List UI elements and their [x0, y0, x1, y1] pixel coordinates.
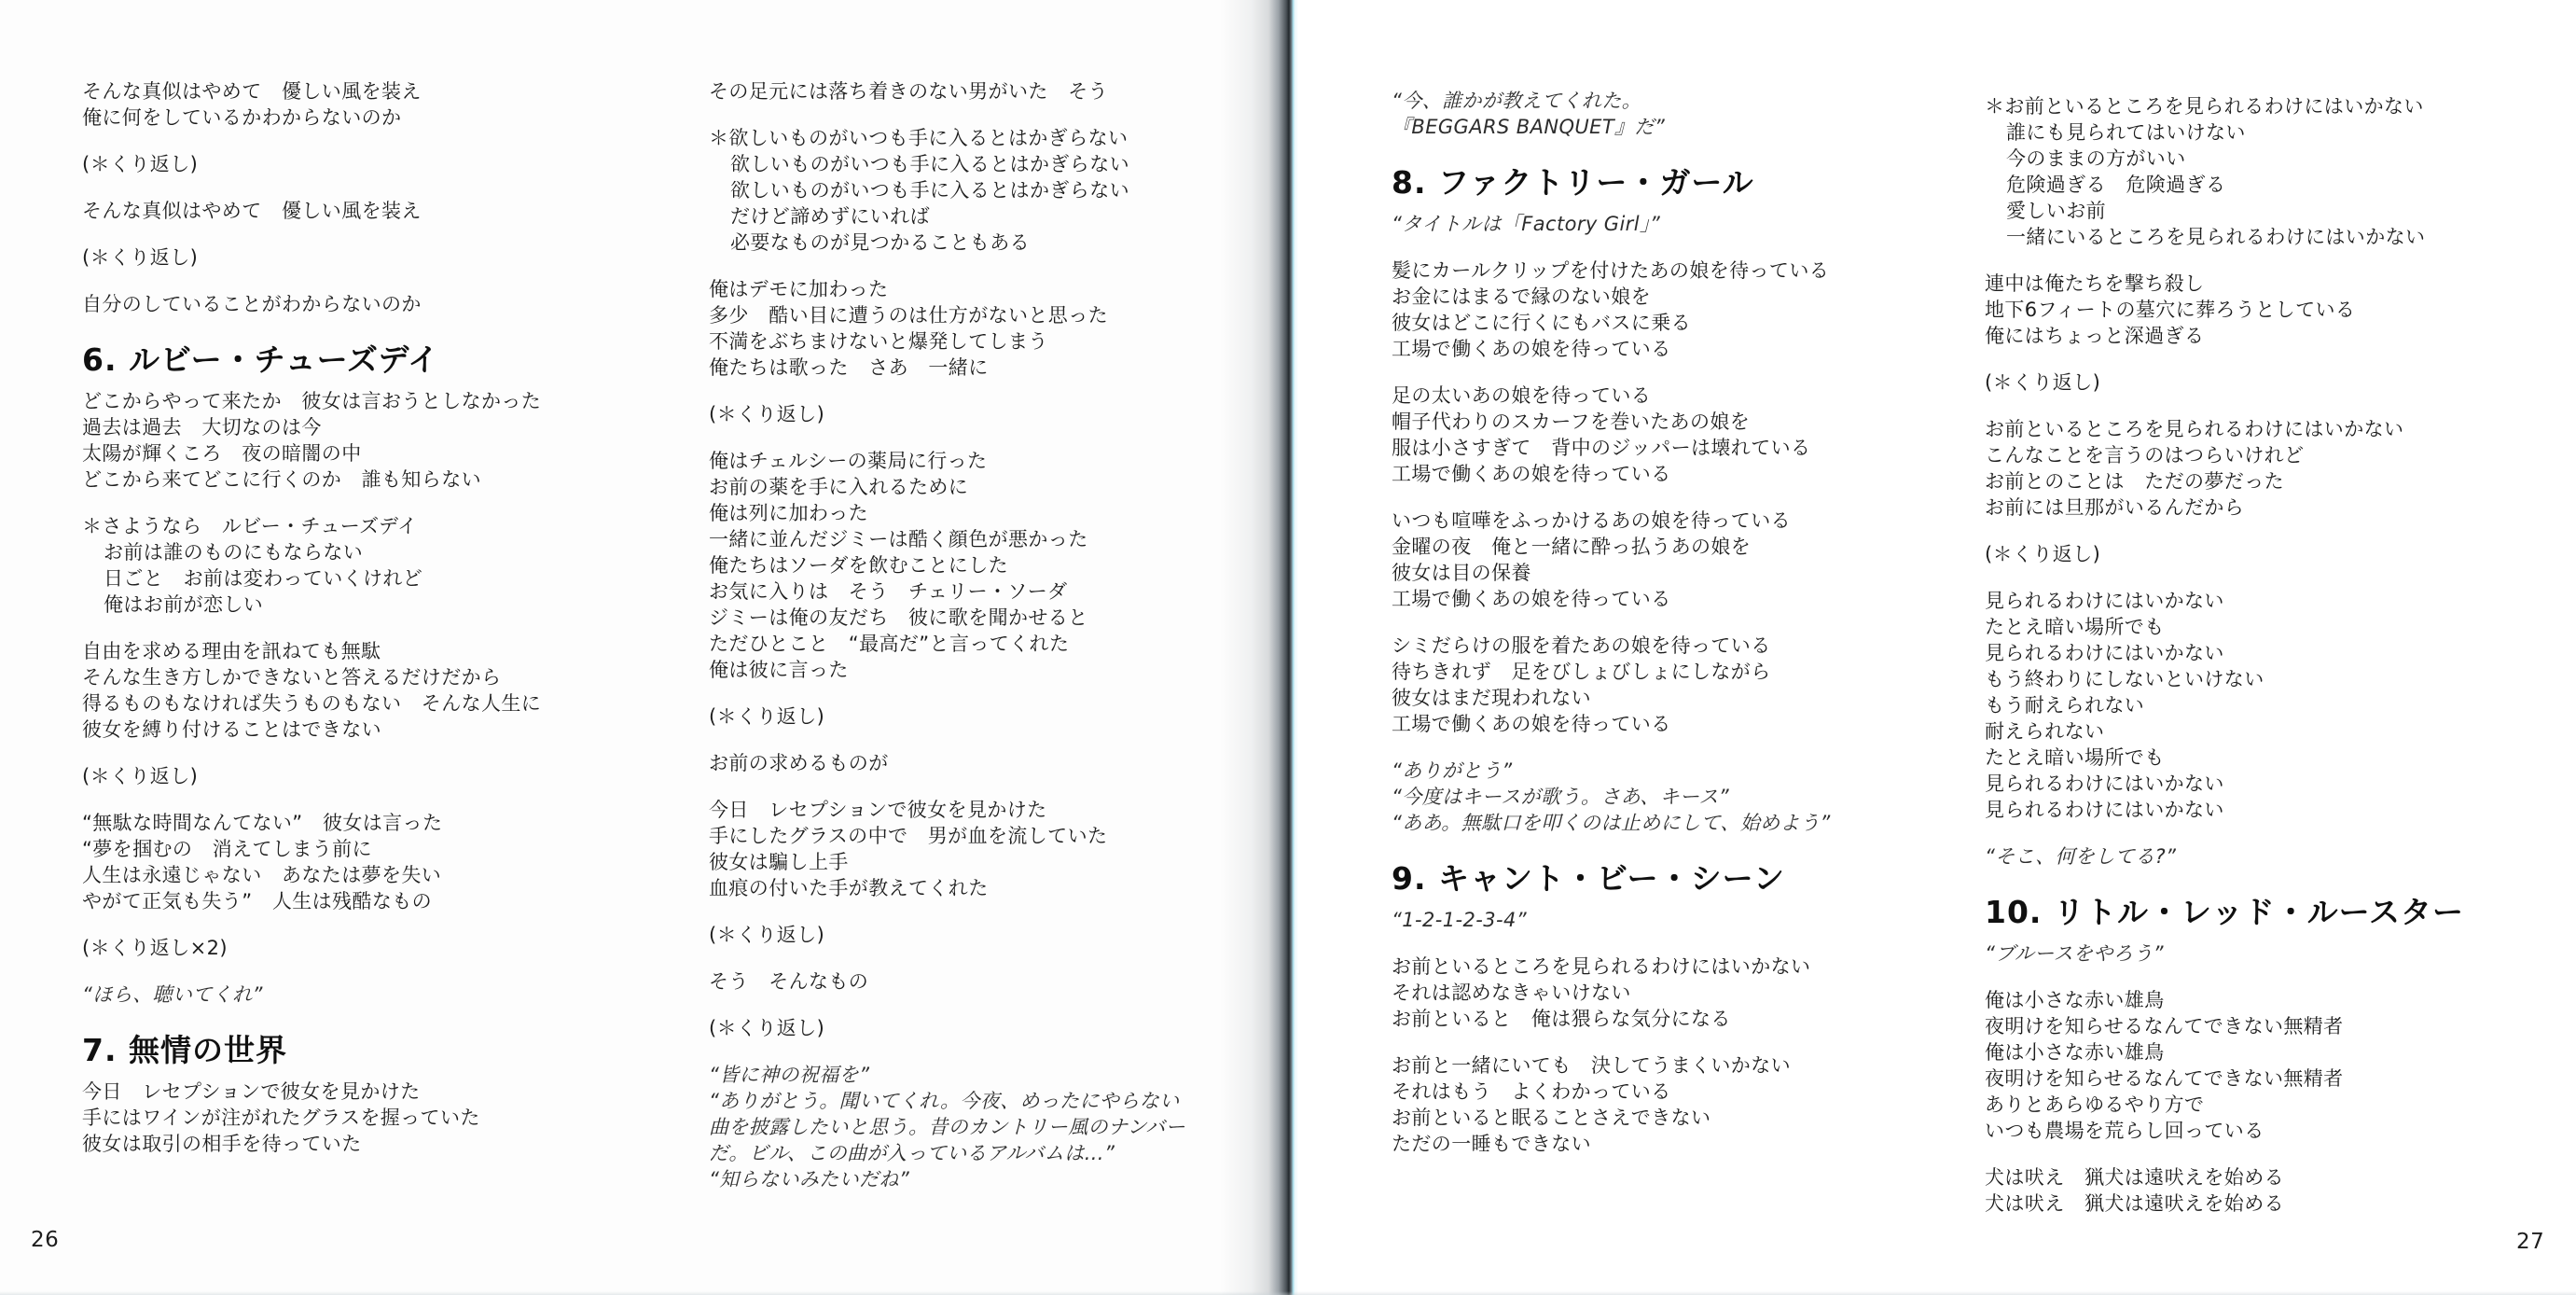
spoken-quote: “1-2-1-2-3-4”: [1392, 907, 1988, 933]
lyric-line: ＊さようなら ルビー・チューズデイ: [104, 513, 688, 539]
lyric-line: お前は誰のものにもならない: [104, 539, 688, 565]
lyric-line: 太陽が輝くころ 夜の暗闇の中: [82, 440, 688, 466]
lyric-line: (＊くり返し): [82, 151, 688, 177]
lyric-line: たとえ暗い場所でも: [1985, 745, 2563, 771]
lyric-line: 見られるわけにはいかない: [1985, 588, 2563, 614]
lyric-stanza: “無駄な時間なんてない” 彼女は言った“夢を掴むの 消えてしまう前に人生は永遠じ…: [82, 810, 688, 914]
song-heading: 9. キャント・ビー・シーン: [1392, 860, 1988, 898]
lyric-line: 犬は吠え 猟犬は遠吠えを始める: [1985, 1164, 2563, 1191]
lyric-line: “ブルースをやろう”: [1985, 940, 2563, 967]
lyric-stanza: どこからやって来たか 彼女は言おうとしなかった過去は過去 大切なのは今太陽が輝く…: [82, 388, 688, 493]
lyric-line: お金にはまるで縁のない娘を: [1392, 284, 1988, 310]
lyric-line: 見られるわけにはいかない: [1985, 797, 2563, 823]
lyric-line: 自分のしていることがわからないのか: [82, 291, 688, 317]
lyric-line: もう耐えられない: [1985, 692, 2563, 718]
lyric-stanza: 見られるわけにはいかないたとえ暗い場所でも見られるわけにはいかないもう終わりにし…: [1985, 588, 2563, 823]
lyric-line: お前といるところを見られるわけにはいかない: [1985, 416, 2563, 442]
lyric-line: (＊くり返し): [1985, 541, 2563, 567]
lyric-line: “夢を掴むの 消えてしまう前に: [82, 836, 688, 862]
booklet-spread: そんな真似はやめて 優しい風を装え俺に何をしているかわからないのか(＊くり返し)…: [0, 0, 2576, 1295]
lyric-line: 工場で働くあの娘を待っている: [1392, 461, 1988, 487]
lyric-stanza: お前といるところを見られるわけにはいかないそれは認めなきゃいけないお前といると …: [1392, 954, 1988, 1032]
lyric-line: (＊くり返し): [1985, 369, 2563, 396]
lyric-line: 俺はお前が恋しい: [104, 592, 688, 618]
lyric-line: こんなことを言うのはつらいけれど: [1985, 442, 2563, 468]
lyric-line: 俺は小さな赤い雄鳥: [1985, 1039, 2563, 1065]
lyric-line: 彼女は取引の相手を待っていた: [82, 1131, 688, 1157]
lyric-line: 彼女はどこに行くにもバスに乗る: [1392, 310, 1988, 336]
lyric-line: “1-2-1-2-3-4”: [1392, 907, 1988, 933]
lyric-line: 夜明けを知らせるなんてできない無精者: [1985, 1013, 2563, 1039]
lyric-line: 危険過ぎる 危険過ぎる: [2006, 172, 2563, 198]
lyric-stanza: 今日 レセプションで彼女を見かけた手にはワインが注がれたグラスを握っていた彼女は…: [82, 1079, 688, 1157]
lyric-line: 待ちきれず 足をびしょびしょにしながら: [1392, 659, 1988, 685]
lyric-line: 今日 レセプションで彼女を見かけた: [82, 1079, 688, 1105]
lyric-stanza: ＊さようなら ルビー・チューズデイお前は誰のものにもならない日ごと お前は変わっ…: [82, 513, 688, 618]
lyric-line: “タイトルは「Factory Girl」”: [1392, 211, 1988, 237]
lyric-line: (＊くり返し): [82, 763, 688, 789]
lyric-line: それは認めなきゃいけない: [1392, 980, 1988, 1006]
lyric-line: お前といると 俺は猥らな気分になる: [1392, 1006, 1988, 1032]
lyric-line: そんな真似はやめて 優しい風を装え: [82, 198, 688, 224]
lyric-stanza: 髪にカールクリップを付けたあの娘を待っているお金にはまるで縁のない娘を彼女はどこ…: [1392, 258, 1988, 362]
lyric-line: 見られるわけにはいかない: [1985, 640, 2563, 666]
lyric-line: それはもう よくわかっている: [1392, 1079, 1988, 1105]
lyric-stanza: 足の太いあの娘を待っている帽子代わりのスカーフを巻いたあの娘を服は小さすぎて 背…: [1392, 383, 1988, 487]
lyric-line: もう終わりにしないといけない: [1985, 666, 2563, 692]
lyrics-column-4: ＊お前といるところを見られるわけにはいかない誰にも見られてはいけない今のままの方…: [1985, 93, 2563, 1237]
lyrics-column-3: “今、誰かが教えてくれた。『BEGGARS BANQUET』だ”8. ファクトリ…: [1392, 88, 1988, 1177]
lyric-line: 工場で働くあの娘を待っている: [1392, 586, 1988, 612]
lyric-line: お前には旦那がいるんだから: [1985, 494, 2563, 521]
lyric-line: ただの一睡もできない: [1392, 1131, 1988, 1157]
lyric-line: シミだらけの服を着たあの娘を待っている: [1392, 633, 1988, 659]
page-number-right: 27: [2516, 1230, 2544, 1254]
spoken-quote: “タイトルは「Factory Girl」”: [1392, 211, 1988, 237]
lyric-line: 連中は俺たちを撃ち殺し: [1985, 271, 2563, 297]
lyric-line: 彼女は目の保養: [1392, 560, 1988, 586]
page-26: そんな真似はやめて 優しい風を装え俺に何をしているかわからないのか(＊くり返し)…: [0, 0, 1261, 1295]
lyric-line: 犬は吠え 猟犬は遠吠えを始める: [1985, 1191, 2563, 1217]
lyric-stanza: (＊くり返し×2): [82, 935, 688, 961]
song-heading: 10. リトル・レッド・ルースター: [1985, 894, 2563, 931]
lyric-stanza: 自由を求める理由を訊ねても無駄そんな生き方しかできないと答えるだけだから得るもの…: [82, 638, 688, 743]
lyric-line: 一緒にいるところを見られるわけにはいかない: [2006, 224, 2563, 250]
lyric-line: “ほら、聴いてくれ”: [82, 982, 688, 1008]
lyric-stanza: (＊くり返し): [82, 151, 688, 177]
lyric-line: 金曜の夜 俺と一緒に酔っ払うあの娘を: [1392, 534, 1988, 560]
lyrics-column-1: そんな真似はやめて 優しい風を装え俺に何をしているかわからないのか(＊くり返し)…: [82, 78, 688, 1177]
lyric-stanza: シミだらけの服を着たあの娘を待っている待ちきれず 足をびしょびしょにしながら彼女…: [1392, 633, 1988, 737]
lyric-line: いつも農場を荒らし回っている: [1985, 1118, 2563, 1144]
lyric-line: (＊くり返し): [82, 244, 688, 271]
spoken-quote: “ありがとう”“今度はキースが歌う。さあ、キース”“ああ。無駄口を叩くのは止めに…: [1392, 758, 1988, 836]
lyric-line: “今度はキースが歌う。さあ、キース”: [1392, 784, 1988, 810]
lyric-line: お前といると眠ることさえできない: [1392, 1105, 1988, 1131]
lyric-line: 得るものもなければ失うものもない そんな人生に: [82, 690, 688, 717]
spoken-quote: “今、誰かが教えてくれた。『BEGGARS BANQUET』だ”: [1392, 88, 1988, 140]
lyric-line: 工場で働くあの娘を待っている: [1392, 336, 1988, 362]
scan-bottom-edge: [0, 1291, 2576, 1295]
lyric-stanza: お前といるところを見られるわけにはいかないこんなことを言うのはつらいけれどお前と…: [1985, 416, 2563, 521]
lyric-stanza: (＊くり返し): [82, 244, 688, 271]
lyric-stanza: お前と一緒にいても 決してうまくいかないそれはもう よくわかっているお前といると…: [1392, 1052, 1988, 1157]
lyric-line: 髪にカールクリップを付けたあの娘を待っている: [1392, 258, 1988, 284]
song-heading-text: 7. 無情の世界: [82, 1032, 688, 1069]
lyric-line: そんな生き方しかできないと答えるだけだから: [82, 664, 688, 690]
lyric-stanza: そんな真似はやめて 優しい風を装え俺に何をしているかわからないのか: [82, 78, 688, 131]
lyric-line: 足の太いあの娘を待っている: [1392, 383, 1988, 409]
lyric-stanza: いつも喧嘩をふっかけるあの娘を待っている金曜の夜 俺と一緒に酔っ払うあの娘を彼女…: [1392, 508, 1988, 612]
song-heading: 7. 無情の世界: [82, 1032, 688, 1069]
lyric-line: お前とのことは ただの夢だった: [1985, 468, 2563, 494]
page-number-left: 26: [31, 1228, 59, 1252]
spoken-quote: “そこ、何をしてる?”: [1985, 843, 2563, 870]
lyric-line: 日ごと お前は変わっていくけれど: [104, 565, 688, 592]
lyric-stanza: 犬は吠え 猟犬は遠吠えを始める犬は吠え 猟犬は遠吠えを始める: [1985, 1164, 2563, 1217]
lyric-line: どこからやって来たか 彼女は言おうとしなかった: [82, 388, 688, 414]
lyric-line: たとえ暗い場所でも: [1985, 614, 2563, 640]
lyric-stanza: (＊くり返し): [1985, 541, 2563, 567]
lyric-line: 俺は小さな赤い雄鳥: [1985, 987, 2563, 1013]
lyric-line: やがて正気も失う” 人生は残酷なもの: [82, 888, 688, 914]
spoken-quote: “ほら、聴いてくれ”: [82, 982, 688, 1008]
song-heading: 8. ファクトリー・ガール: [1392, 164, 1988, 202]
lyric-line: 夜明けを知らせるなんてできない無精者: [1985, 1065, 2563, 1092]
lyric-line: お前といるところを見られるわけにはいかない: [1392, 954, 1988, 980]
song-heading-text: 6. ルビー・チューズデイ: [82, 341, 688, 379]
lyric-line: 今のままの方がいい: [2006, 146, 2563, 172]
lyric-stanza: ＊お前といるところを見られるわけにはいかない誰にも見られてはいけない今のままの方…: [1985, 93, 2563, 250]
lyric-stanza: (＊くり返し): [82, 763, 688, 789]
lyric-line: 人生は永遠じゃない あなたは夢を失い: [82, 862, 688, 888]
lyric-stanza: そんな真似はやめて 優しい風を装え: [82, 198, 688, 224]
lyric-line: 耐えられない: [1985, 718, 2563, 745]
lyric-line: “ああ。無駄口を叩くのは止めにして、始めよう”: [1392, 810, 1988, 836]
lyric-stanza: 連中は俺たちを撃ち殺し地下6フィートの墓穴に葬ろうとしている俺にはちょっと深過ぎ…: [1985, 271, 2563, 349]
song-heading-text: 9. キャント・ビー・シーン: [1392, 860, 1988, 898]
lyric-line: ありとあらゆるやり方で: [1985, 1092, 2563, 1118]
lyric-line: “ありがとう”: [1392, 758, 1988, 784]
lyric-line: お前と一緒にいても 決してうまくいかない: [1392, 1052, 1988, 1079]
lyric-line: 工場で働くあの娘を待っている: [1392, 711, 1988, 737]
lyric-line: 過去は過去 大切なのは今: [82, 414, 688, 440]
lyric-line: 帽子代わりのスカーフを巻いたあの娘を: [1392, 409, 1988, 435]
lyric-line: いつも喧嘩をふっかけるあの娘を待っている: [1392, 508, 1988, 534]
song-heading: 6. ルビー・チューズデイ: [82, 341, 688, 379]
lyric-line: 俺に何をしているかわからないのか: [82, 104, 688, 131]
song-heading-text: 8. ファクトリー・ガール: [1392, 164, 1988, 202]
page-gutter-shadow: [1220, 0, 1298, 1295]
lyric-line: そんな真似はやめて 優しい風を装え: [82, 78, 688, 104]
lyric-line: 服は小さすぎて 背中のジッパーは壊れている: [1392, 435, 1988, 461]
lyric-line: (＊くり返し×2): [82, 935, 688, 961]
lyric-line: 地下6フィートの墓穴に葬ろうとしている: [1985, 297, 2563, 323]
lyric-line: どこから来てどこに行くのか 誰も知らない: [82, 466, 688, 493]
lyric-line: 自由を求める理由を訊ねても無駄: [82, 638, 688, 664]
lyric-line: “今、誰かが教えてくれた。: [1392, 88, 1988, 114]
page-27: “今、誰かが教えてくれた。『BEGGARS BANQUET』だ”8. ファクトリ…: [1298, 0, 2576, 1295]
lyric-stanza: 自分のしていることがわからないのか: [82, 291, 688, 317]
lyric-line: 愛しいお前: [2006, 198, 2563, 224]
lyric-line: 見られるわけにはいかない: [1985, 771, 2563, 797]
lyric-line: 彼女はまだ現われない: [1392, 685, 1988, 711]
lyric-line: 彼女を縛り付けることはできない: [82, 717, 688, 743]
lyric-line: 『BEGGARS BANQUET』だ”: [1392, 114, 1988, 140]
lyric-stanza: 俺は小さな赤い雄鳥夜明けを知らせるなんてできない無精者俺は小さな赤い雄鳥夜明けを…: [1985, 987, 2563, 1144]
lyric-line: 俺にはちょっと深過ぎる: [1985, 323, 2563, 349]
lyric-line: 手にはワインが注がれたグラスを握っていた: [82, 1105, 688, 1131]
lyric-line: ＊お前といるところを見られるわけにはいかない: [2006, 93, 2563, 119]
spoken-quote: “ブルースをやろう”: [1985, 940, 2563, 967]
song-heading-text: 10. リトル・レッド・ルースター: [1985, 894, 2563, 931]
lyric-stanza: (＊くり返し): [1985, 369, 2563, 396]
lyric-line: 誰にも見られてはいけない: [2006, 119, 2563, 146]
lyric-line: “そこ、何をしてる?”: [1985, 843, 2563, 870]
lyric-line: “無駄な時間なんてない” 彼女は言った: [82, 810, 688, 836]
